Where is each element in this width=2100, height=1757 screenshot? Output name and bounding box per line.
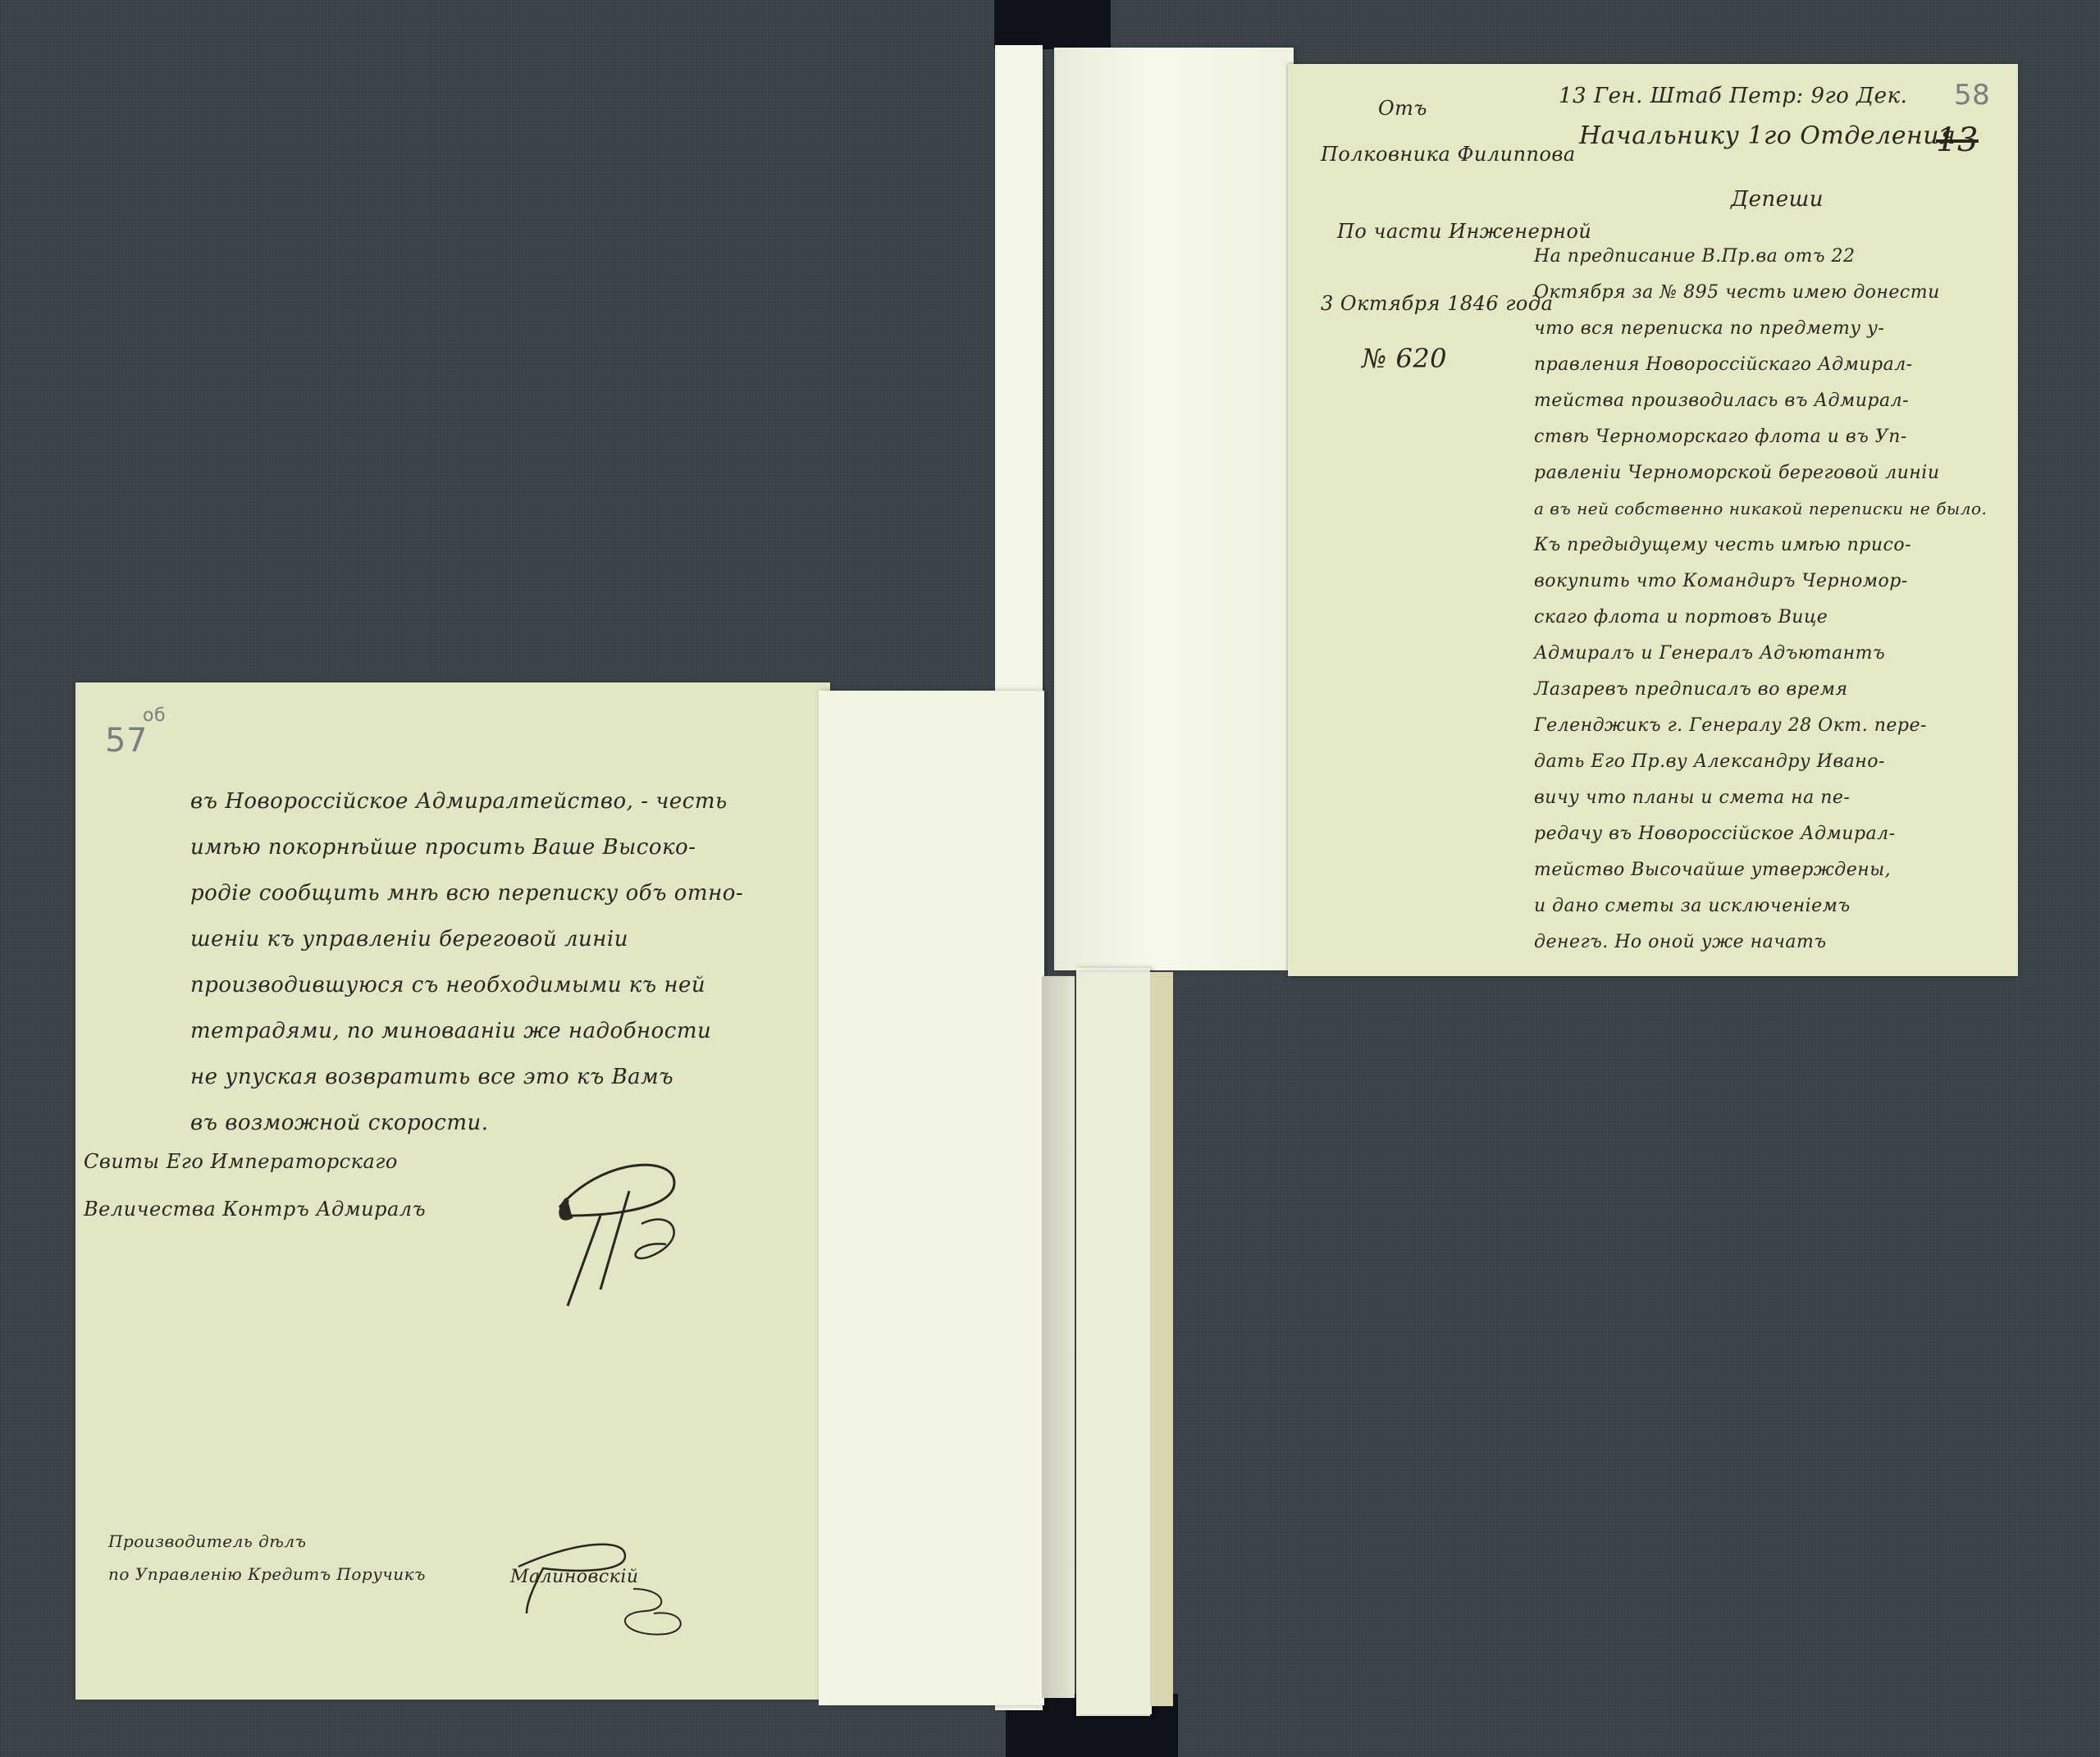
body-line: Октября за № 895 честь имею донести bbox=[1534, 282, 1940, 303]
body-line: тетрадями, по миновааніи же надобности bbox=[190, 1019, 711, 1043]
body-line: Геленджикъ г. Генералу 28 Окт. пере- bbox=[1534, 715, 1927, 736]
document-number: № 620 bbox=[1362, 343, 1447, 374]
footer-line: Производитель дѣлъ bbox=[108, 1531, 306, 1551]
manuscript-page-left: 57 об въ Новороссійское Адмиралтейство, … bbox=[75, 682, 830, 1700]
folio-number: 57 bbox=[105, 722, 148, 760]
body-line: тейство Высочайше утверждены, bbox=[1534, 860, 1891, 880]
body-line: На предписание В.Пр.ва отъ 22 bbox=[1534, 246, 1856, 267]
guard-strip-shadow bbox=[1042, 976, 1075, 1698]
guard-strip-overlap bbox=[819, 691, 1044, 1705]
sender-department: По части Инженерной bbox=[1337, 220, 1591, 243]
addressee-subtitle: Депеши bbox=[1731, 187, 1824, 212]
archival-note: 13 Ген. Штаб Петр: 9го Дек. bbox=[1559, 84, 1907, 108]
body-line: равленіи Черноморской береговой линіи bbox=[1534, 463, 1940, 483]
folio-suffix: об bbox=[143, 705, 166, 726]
addressee: Начальнику 1го Отделения bbox=[1579, 121, 1956, 150]
body-line: вокупить что Командиръ Черномор- bbox=[1534, 571, 1908, 591]
body-line: тейства производилась въ Адмирал- bbox=[1534, 390, 1909, 411]
folio-number: 58 bbox=[1954, 79, 1990, 112]
signature-text: Малиновскій bbox=[510, 1567, 639, 1587]
admiral-signature: Серебряковъ bbox=[551, 1158, 732, 1314]
closing-title: Свиты Его Императорскаго Величества Конт… bbox=[84, 1150, 576, 1240]
sender-from: Отъ bbox=[1378, 97, 1427, 120]
signature-flourish-icon bbox=[551, 1158, 732, 1314]
letter-body: На предписание В.Пр.ва отъ 22 Октября за… bbox=[1534, 246, 1993, 960]
body-line: денегъ. Но оной уже начатъ bbox=[1534, 932, 1827, 952]
guard-edge-tan bbox=[1150, 972, 1173, 1706]
closing-line: Свиты Его Императорскаго bbox=[84, 1150, 398, 1173]
body-line: и дано сметы за исключеніемъ bbox=[1534, 896, 1851, 916]
sender-name: Полковника Филиппова bbox=[1321, 143, 1576, 166]
body-line: дать Его Пр.ву Александру Ивано- bbox=[1534, 751, 1885, 772]
body-line: имѣю покорнѣйше просить Ваше Высоко- bbox=[190, 835, 696, 860]
guard-strip-center bbox=[1054, 48, 1294, 970]
body-line: родіе сообщить мнѣ всю переписку объ отн… bbox=[190, 881, 743, 906]
body-line: Къ предыдущему честь имѣю присо- bbox=[1534, 535, 1911, 555]
letter-body: въ Новороссійское Адмиралтейство, - чест… bbox=[190, 789, 814, 1134]
clerk-signature: Малиновскій bbox=[502, 1536, 748, 1642]
body-line: скаго флота и портовъ Вице bbox=[1534, 607, 1828, 627]
body-line: въ возможной скорости. bbox=[190, 1111, 489, 1135]
footer-block: Производитель дѣлъ по Управленію Кредитъ… bbox=[108, 1531, 518, 1605]
body-line: ствѣ Черноморскаго флота и въ Уп- bbox=[1534, 427, 1907, 447]
body-line: шеніи къ управленіи береговой линіи bbox=[190, 927, 628, 952]
body-line: не упуская возвратить все это къ Вамъ bbox=[190, 1065, 673, 1089]
body-line: что вся переписка по предмету у- bbox=[1534, 318, 1884, 339]
body-line: а въ ней собственно никакой переписки не… bbox=[1534, 499, 1987, 518]
guard-strip-bottom-right bbox=[1076, 972, 1152, 1714]
body-line: редачу въ Новороссійское Адмирал- bbox=[1534, 824, 1896, 844]
body-line: правления Новороссійскаго Адмирал- bbox=[1534, 354, 1913, 375]
signature-flourish-icon bbox=[502, 1536, 748, 1642]
book-spine-top bbox=[994, 0, 1111, 49]
footer-line: по Управленію Кредитъ Поручикъ bbox=[108, 1564, 426, 1584]
sender-date: 3 Октября 1846 года bbox=[1321, 292, 1553, 315]
body-line: Адмиралъ и Генералъ Адъютантъ bbox=[1534, 643, 1885, 664]
manuscript-page-right: 58 13 13 Ген. Штаб Петр: 9го Дек. Отъ По… bbox=[1288, 64, 2018, 976]
body-line: вичу что планы и смета на пе- bbox=[1534, 787, 1850, 808]
body-line: въ Новороссійское Адмиралтейство, - чест… bbox=[190, 789, 728, 814]
closing-line: Величества Контръ Адмиралъ bbox=[84, 1198, 426, 1221]
body-line: Лазаревъ предписалъ во время bbox=[1534, 679, 1848, 700]
body-line: производившуюся съ необходимыми къ ней bbox=[190, 973, 705, 997]
